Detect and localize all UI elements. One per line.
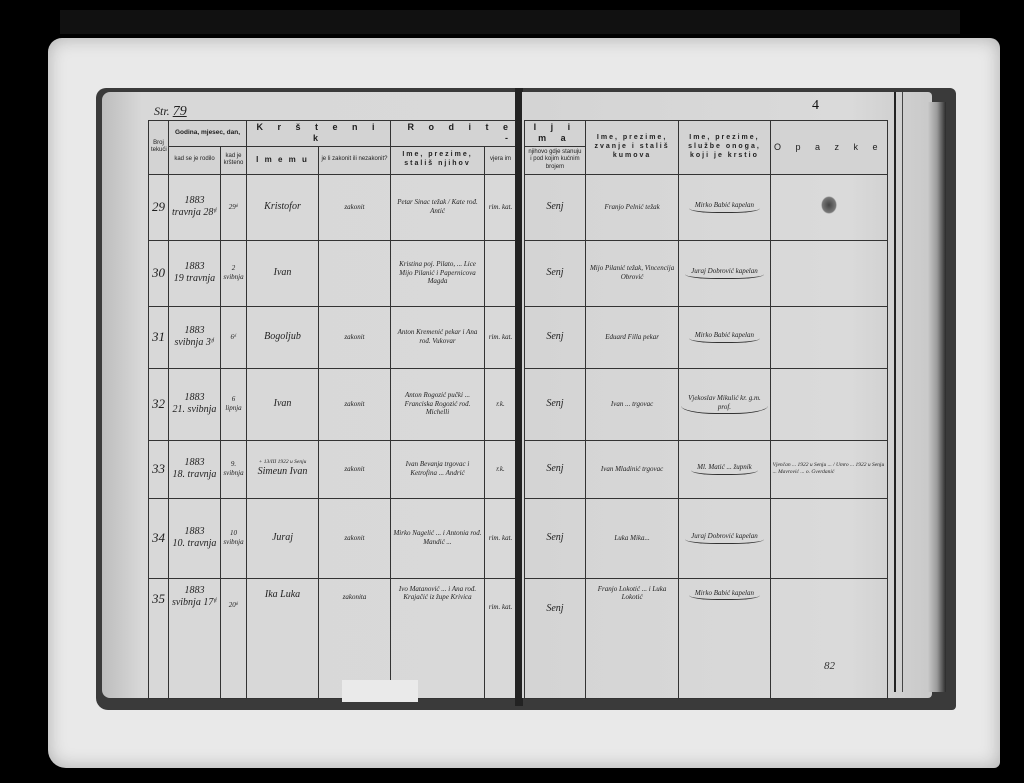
page-label: Str. — [154, 104, 170, 118]
religion: r.k. — [485, 440, 517, 498]
parents: Ivan Bevanja trgovac i Ketrofina ... And… — [391, 440, 485, 498]
baptism-date: 20ᵗⁱ — [221, 578, 247, 698]
child-name: Juraj — [247, 498, 319, 578]
birth-date: 1883travnja 28ᵗⁱ — [169, 174, 221, 240]
priest: Mirko Babić kapelan — [679, 174, 770, 240]
child-name: Ivan — [247, 240, 319, 306]
entry-number: 30 — [149, 240, 169, 306]
table-row: 31 1883svibnja 3ᵗⁱ 6ᵗⁱ Bogoljub zakonit … — [149, 306, 517, 368]
birth-date: 188318. travnja — [169, 440, 221, 498]
register-book: Str. 79 Broj tekući Godina, mjesec, dan,… — [96, 88, 956, 710]
religion: rim. kat. — [485, 578, 517, 698]
birth-year: 1883 — [171, 261, 218, 274]
scan-dark-border — [60, 10, 960, 34]
table-row: Senj Franjo Pelnić težak Mirko Babić kap… — [525, 174, 888, 240]
child-name-text: Simeun Ivan — [249, 466, 316, 479]
baptism-date: 2 svibnja — [221, 240, 247, 306]
header-date-baptized: kad je kršteno — [221, 146, 247, 174]
birth-day: svibnja 3ᵗⁱ — [171, 337, 218, 350]
legitimacy: zakonit — [319, 306, 391, 368]
priest-signature: Mirko Babić kapelan — [689, 201, 760, 213]
remarks — [770, 174, 887, 240]
residence: Senj — [525, 368, 586, 440]
baptism-date: 9. svibnja — [221, 440, 247, 498]
priest: Ml. Matić ... župnik — [679, 440, 770, 498]
birth-date: 188319 travnja — [169, 240, 221, 306]
entry-number: 34 — [149, 498, 169, 578]
header-residence: njihovo gdje stanuju i pod kojim kućnim … — [525, 146, 586, 174]
header-parents-group-cont: l j i m a — [525, 121, 586, 147]
priest-signature: Ml. Matić ... župnik — [691, 463, 758, 475]
godparents: Ivan Mladinić trgovac — [585, 440, 678, 498]
page-number: Str. 79 — [154, 104, 187, 120]
remarks — [770, 240, 887, 306]
priest: Vjekoslav Mikulić kr. g.m. prof. — [679, 368, 770, 440]
table-row: Senj Ivan ... trgovac Vjekoslav Mikulić … — [525, 368, 888, 440]
parents: Kristina poj. Pilato, ... Lice Mijo Pila… — [391, 240, 485, 306]
legitimacy: zakonit — [319, 368, 391, 440]
religion: rim. kat. — [485, 174, 517, 240]
corner-mark: 4 — [812, 98, 819, 114]
table-row: 30 188319 travnja 2 svibnja Ivan Kristin… — [149, 240, 517, 306]
residence: Senj — [525, 174, 586, 240]
remarks — [770, 368, 887, 440]
birth-day: 19 travnja — [171, 273, 218, 286]
baptism-date: 10 svibnja — [221, 498, 247, 578]
page-number-value: 79 — [173, 104, 187, 119]
child-name: Ika Luka — [247, 578, 319, 698]
header-godparents: Ime, prezime, zvanje i stališ kumova — [585, 121, 678, 175]
remarks — [770, 306, 887, 368]
child-name: Bogoljub — [247, 306, 319, 368]
birth-year: 1883 — [171, 457, 218, 470]
left-page: Str. 79 Broj tekući Godina, mjesec, dan,… — [102, 92, 516, 698]
table-row: 34 188310. travnja 10 svibnja Juraj zako… — [149, 498, 517, 578]
header-entry-no: Broj tekući — [149, 121, 169, 175]
table-row: 29 1883travnja 28ᵗⁱ 29ᵗⁱ Kristofor zakon… — [149, 174, 517, 240]
godparents: Mijo Pilanić težak, Vincencija Obrović — [585, 240, 678, 306]
death-annotation: + 13/III 1922 u Senju — [249, 459, 316, 466]
birth-date: 188310. travnja — [169, 498, 221, 578]
parents: Anton Kremenić pekar i Ana rođ. Vukovar — [391, 306, 485, 368]
entry-number: 33 — [149, 440, 169, 498]
entry-number: 35 — [149, 578, 169, 698]
header-child-group: K r š t e n i k — [247, 121, 391, 147]
header-religion: vjera im — [485, 146, 517, 174]
parents: Petar Sinac težak / Kate rođ. Antić — [391, 174, 485, 240]
godparents: Franjo Lokotić ... i Luka Lokotić — [585, 578, 678, 698]
child-name: Kristofor — [247, 174, 319, 240]
baptism-date: 6ᵗⁱ — [221, 306, 247, 368]
birth-day: 21. svibnja — [171, 404, 218, 417]
table-row: Senj Franjo Lokotić ... i Luka Lokotić M… — [525, 578, 888, 698]
parents: Anton Rogozić pučki ... Franciska Rogozi… — [391, 368, 485, 440]
birth-year: 1883 — [171, 526, 218, 539]
godparents: Franjo Pelnić težak — [585, 174, 678, 240]
priest: Mirko Babić kapelan — [679, 578, 770, 698]
priest-signature: Mirko Babić kapelan — [689, 589, 760, 601]
remarks-annotation: Vjenčan ... 1922 u Senju ... / Umro ... … — [770, 440, 887, 498]
table-row: Senj Mijo Pilanić težak, Vincencija Obro… — [525, 240, 888, 306]
page-edge-rule — [894, 92, 903, 692]
residence: Senj — [525, 578, 586, 698]
birth-date: 1883svibnja 3ᵗⁱ — [169, 306, 221, 368]
legitimacy: zakonit — [319, 498, 391, 578]
right-page: 4 l j i m a Ime, prezime, zvanje i stali… — [522, 92, 932, 698]
right-register-table: l j i m a Ime, prezime, zvanje i stališ … — [524, 120, 888, 699]
priest-signature: Juraj Dobrović kapelan — [685, 532, 764, 544]
redaction-patch — [342, 680, 418, 702]
birth-day: 18. travnja — [171, 469, 218, 482]
legitimacy: zakonit — [319, 174, 391, 240]
table-row: 33 188318. travnja 9. svibnja + 13/III 1… — [149, 440, 517, 498]
birth-year: 1883 — [171, 585, 218, 598]
header-parents-name: Ime, prezime, stališ njihov — [391, 146, 485, 174]
legitimacy: zakonit — [319, 440, 391, 498]
remarks — [770, 578, 887, 698]
godparents: Ivan ... trgovac — [585, 368, 678, 440]
birth-year: 1883 — [171, 195, 218, 208]
ink-blot-icon — [821, 196, 837, 214]
table-row: Senj Luka Mika... Juraj Dobrović kapelan — [525, 498, 888, 578]
priest-signature: Juraj Dobrović kapelan — [685, 267, 764, 279]
priest-signature: Vjekoslav Mikulić kr. g.m. prof. — [681, 394, 767, 415]
table-row: 35 1883svibnja 17ᵗⁱ 20ᵗⁱ Ika Luka zakoni… — [149, 578, 517, 698]
birth-date: 188321. svibnja — [169, 368, 221, 440]
residence: Senj — [525, 440, 586, 498]
godparents: Luka Mika... — [585, 498, 678, 578]
folio-mark: 82 — [824, 660, 835, 672]
child-name: Ivan — [247, 368, 319, 440]
baptism-date: 29ᵗⁱ — [221, 174, 247, 240]
priest: Juraj Dobrović kapelan — [679, 498, 770, 578]
godparents: Eduard Filla pekar — [585, 306, 678, 368]
religion: rim. kat. — [485, 498, 517, 578]
header-date-born: kad se je rodilo — [169, 146, 221, 174]
header-date-group: Godina, mjesec, dan, — [169, 121, 247, 147]
header-priest: Ime, prezime, službe onoga, koji je krst… — [679, 121, 770, 175]
religion: r.k. — [485, 368, 517, 440]
religion: rim. kat. — [485, 306, 517, 368]
entry-number: 31 — [149, 306, 169, 368]
remarks — [770, 498, 887, 578]
parents: Mirko Nagelić ... i Antonia rođ. Mandić … — [391, 498, 485, 578]
religion — [485, 240, 517, 306]
header-legitimacy: je li zakonit ili nezakonit? — [319, 146, 391, 174]
birth-day: svibnja 17ᵗⁱ — [171, 597, 218, 610]
header-child-name: I m e m u — [247, 146, 319, 174]
residence: Senj — [525, 240, 586, 306]
birth-year: 1883 — [171, 325, 218, 338]
table-row: Senj Eduard Filla pekar Mirko Babić kape… — [525, 306, 888, 368]
legitimacy — [319, 240, 391, 306]
residence: Senj — [525, 306, 586, 368]
birth-day: 10. travnja — [171, 538, 218, 551]
baptism-date: 6 lipnja — [221, 368, 247, 440]
header-parents-group: R o d i t e - — [391, 121, 517, 147]
birth-day: travnja 28ᵗⁱ — [171, 207, 218, 220]
table-row: Senj Ivan Mladinić trgovac Ml. Matić ...… — [525, 440, 888, 498]
residence: Senj — [525, 498, 586, 578]
header-remarks: O p a z k e — [770, 121, 887, 175]
entry-number: 29 — [149, 174, 169, 240]
table-row: 32 188321. svibnja 6 lipnja Ivan zakonit… — [149, 368, 517, 440]
priest-signature: Mirko Babić kapelan — [689, 331, 760, 343]
left-register-table: Broj tekući Godina, mjesec, dan, K r š t… — [148, 120, 517, 699]
entry-number: 32 — [149, 368, 169, 440]
birth-year: 1883 — [171, 392, 218, 405]
priest: Mirko Babić kapelan — [679, 306, 770, 368]
priest: Juraj Dobrović kapelan — [679, 240, 770, 306]
page-stack-edge — [928, 102, 946, 692]
birth-date: 1883svibnja 17ᵗⁱ — [169, 578, 221, 698]
child-name: + 13/III 1922 u SenjuSimeun Ivan — [247, 440, 319, 498]
